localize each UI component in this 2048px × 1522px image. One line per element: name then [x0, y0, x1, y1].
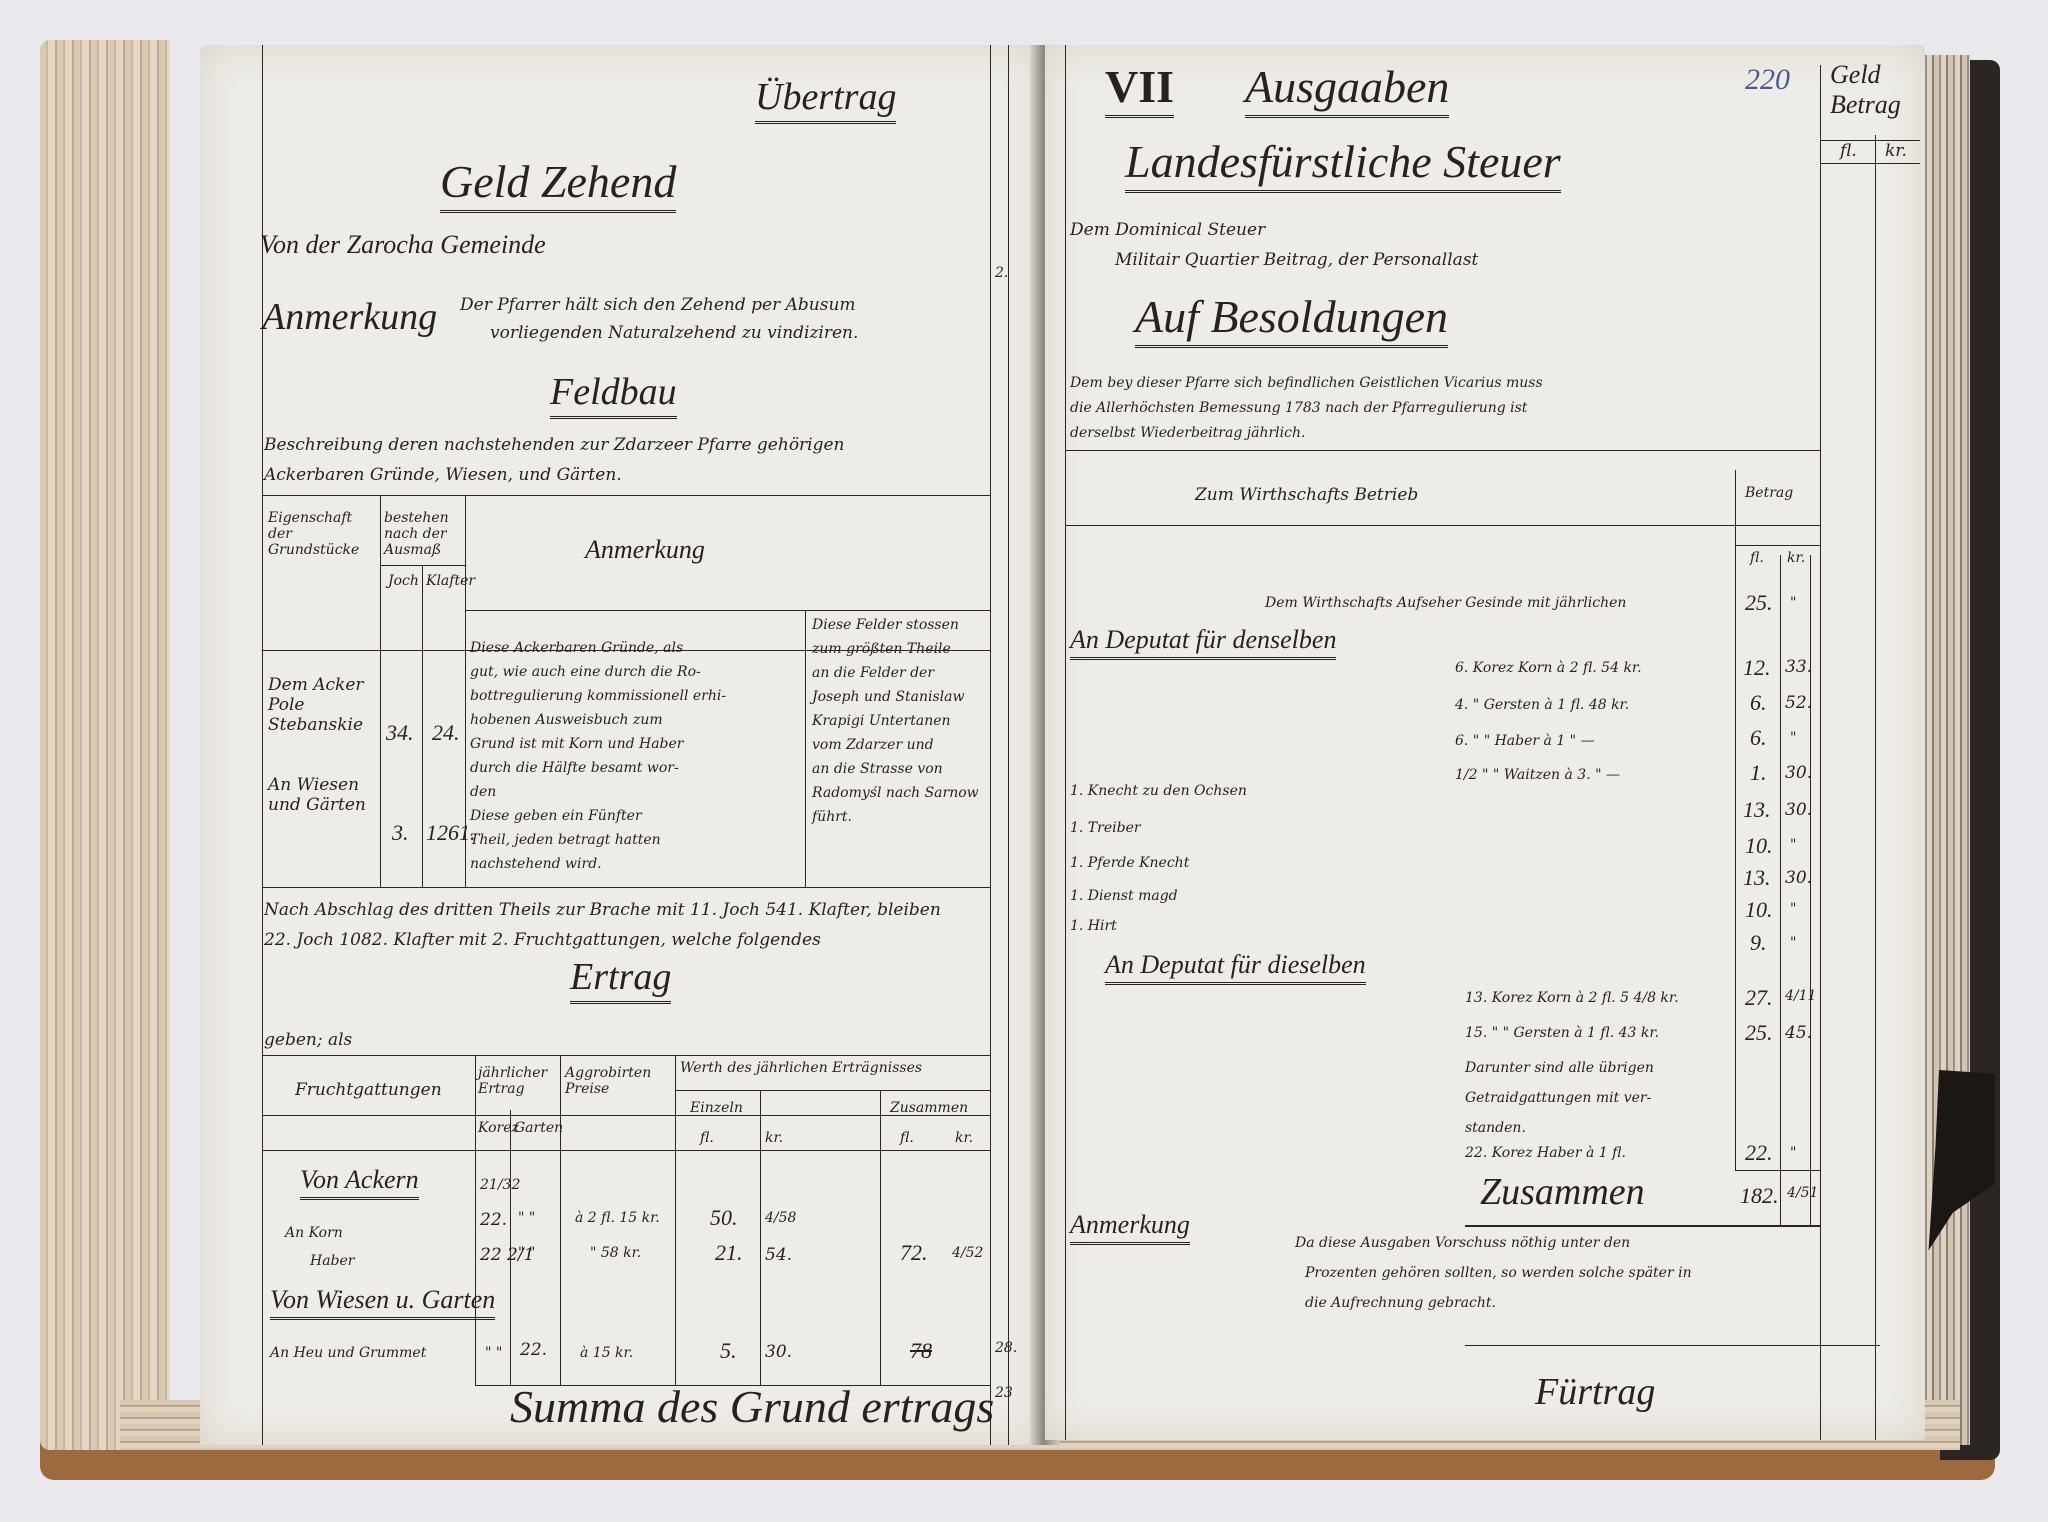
ubertrag-header: Übertrag — [755, 75, 896, 124]
ertrag-header-zusammen: Zusammen — [890, 1100, 968, 1116]
land-row-1-klafter: 24. — [432, 720, 460, 746]
wiesen-row-preis: à 15 kr. — [580, 1345, 633, 1361]
ertrag-header-fruchtgattungen: Fruchtgattungen — [295, 1080, 442, 1100]
betrieb-label: Zum Wirthschafts Betrieb — [1195, 485, 1418, 505]
ackern-row-korn-label: An Korn — [285, 1225, 343, 1241]
entry-9-label: 1. Hirt — [1070, 918, 1117, 934]
group-von-ackern: Von Ackern — [300, 1165, 419, 1200]
entry-8-label: 1. Dienst magd — [1070, 888, 1178, 904]
wiesen-row-label: An Heu und Grummet — [270, 1345, 426, 1361]
unit-fl-zusammen: fl. — [900, 1130, 914, 1146]
entry-1-label: 6. Korez Korn à 2 fl. 54 kr. — [1455, 660, 1642, 676]
entry-6-label: 1. Treiber — [1070, 820, 1141, 836]
betrag-unit-fl: fl. — [1750, 550, 1764, 566]
deputat-title-1: An Deputat für denselben — [1070, 625, 1336, 660]
land-side-note: Diese Felder stossen zum größten Theile … — [812, 617, 987, 825]
land-row-1-label: Dem Acker Pole Stebanskie — [268, 675, 378, 735]
wiesen-zusammen-fl: 78 — [910, 1338, 932, 1364]
deputat-title-2: An Deputat für dieselben — [1105, 950, 1366, 985]
deputat-entry-5-label: 22. Korez Haber à 1 fl. — [1465, 1145, 1626, 1161]
feldbau-desc-2: Ackerbaren Gründe, Wiesen, und Gärten. — [264, 465, 622, 485]
ackern-row-haber-fl: 21. — [715, 1240, 743, 1266]
unit-kr-einzeln: kr. — [765, 1130, 783, 1146]
land-row-2-klafter: 1261. — [426, 820, 476, 846]
entry-3-kr: " — [1790, 730, 1796, 746]
entry-7-fl: 13. — [1743, 865, 1771, 891]
entry-7-label: 1. Pferde Knecht — [1070, 855, 1189, 871]
deputat-entry-5-fl: 22. — [1745, 1140, 1773, 1166]
ausgaaben-header: Ausgaaben — [1245, 60, 1449, 118]
entry-3-label: 6. " " Haber à 1 " — — [1455, 733, 1595, 749]
ertrag-header-preise: Aggrobirten Preise — [565, 1065, 670, 1097]
ackern-row-korn-garten: " " — [518, 1210, 535, 1226]
geld-betrag-label: Geld Betrag — [1830, 60, 1910, 120]
anmerkung-line-2: vorliegenden Naturalzehend zu vindiziren… — [490, 323, 858, 343]
zusammen-kr: 4/51 — [1787, 1185, 1818, 1201]
entry-9-kr: " — [1790, 935, 1796, 951]
entry-9-fl: 9. — [1750, 930, 1767, 956]
entry-0-label: Dem Wirthschafts Aufseher Gesinde mit jä… — [1265, 595, 1626, 611]
right-page: VII Ausgaaben 220 Geld Betrag fl. kr. La… — [1045, 45, 1925, 1440]
entry-4-fl: 1. — [1750, 760, 1767, 786]
geld-column-rule — [1820, 65, 1821, 1440]
steuer-title: Landesfürstliche Steuer — [1125, 135, 1561, 193]
besoldungen-line-2: die Allerhöchsten Bemessung 1783 nach de… — [1070, 400, 1527, 416]
entry-8-kr: " — [1790, 901, 1796, 917]
ertrag-header-korez: Korez — [478, 1120, 519, 1136]
ackern-row-haber-garten: " " — [518, 1245, 535, 1261]
besoldungen-line-3: derselbst Wiederbeitrag jährlich. — [1070, 425, 1305, 441]
entry-0-kr: " — [1790, 595, 1796, 611]
feldbau-title: Feldbau — [550, 370, 677, 419]
ertrag-header-jaehrlicher: jährlicher Ertrag — [478, 1065, 558, 1097]
ackern-zusammen-kr: 4/52 — [952, 1245, 983, 1261]
geld-unit-fl: fl. — [1840, 141, 1857, 161]
entry-6-fl: 10. — [1745, 833, 1773, 859]
deputat-entry-0-fl: 27. — [1745, 985, 1773, 1011]
deputat-entry-1-fl: 25. — [1745, 1020, 1773, 1046]
anmerkung-line-1: Der Pfarrer hält sich den Zehend per Abu… — [460, 295, 856, 315]
ertrag-header-einzeln: Einzeln — [690, 1100, 743, 1116]
wiesen-row-kr: 30. — [765, 1342, 792, 1362]
betrag-column-right — [1810, 555, 1811, 1225]
ackern-row-korn-kr: 4/58 — [765, 1210, 796, 1226]
entry-3-fl: 6. — [1750, 725, 1767, 751]
ertrag-header-garten: Garten — [514, 1120, 563, 1136]
land-header-klafter: Klafter — [426, 573, 475, 589]
entry-6-kr: " — [1790, 837, 1796, 853]
zusammen-fl: 182. — [1740, 1183, 1779, 1209]
entry-2-kr: 52. — [1785, 693, 1812, 713]
margin-value-2: 28. — [995, 1340, 1017, 1356]
deputat-entry-5-kr: " — [1790, 1145, 1796, 1161]
deputat-entry-1-kr: 45. — [1785, 1023, 1812, 1043]
entry-1-kr: 33. — [1785, 657, 1812, 677]
margin-value-1: 2. — [995, 265, 1008, 281]
wiesen-row-fl: 5. — [720, 1338, 737, 1364]
ackern-row-0-korez: 21/32 — [480, 1177, 520, 1193]
margin-rule-right-2 — [1008, 45, 1009, 1445]
land-row-2-joch: 3. — [392, 820, 409, 846]
entry-8-fl: 10. — [1745, 897, 1773, 923]
entry-0-fl: 25. — [1745, 590, 1773, 616]
deputat-entry-4-label: standen. — [1465, 1120, 1526, 1136]
deputat-entry-1-label: 15. " " Gersten à 1 fl. 43 kr. — [1465, 1025, 1659, 1041]
page-edges-right — [1920, 55, 1970, 1445]
deputat-entry-2-label: Darunter sind alle übrigen — [1465, 1060, 1654, 1076]
folio-number: 220 — [1745, 63, 1790, 97]
feldbau-desc-1: Beschreibung deren nachstehenden zur Zda… — [264, 435, 845, 455]
ertrag-intro: geben; als — [264, 1030, 352, 1050]
entry-1-fl: 12. — [1743, 655, 1771, 681]
section-number: VII — [1105, 60, 1174, 118]
geld-unit-kr: kr. — [1885, 141, 1907, 161]
entry-2-label: 4. " Gersten à 1 fl. 48 kr. — [1455, 697, 1629, 713]
page-edges-left — [40, 40, 170, 1450]
abzug-line-2: 22. Joch 1082. Klafter mit 2. Fruchtgatt… — [264, 930, 821, 950]
land-header-joch: Joch — [388, 573, 419, 589]
deputat-entry-0-kr: 4/11 — [1785, 988, 1816, 1004]
betrag-column-left — [1735, 470, 1736, 1170]
margin-rule-right — [990, 45, 991, 1445]
land-header-anmerkung: Anmerkung — [585, 535, 705, 565]
betrag-column-mid — [1780, 555, 1781, 1225]
entry-4-label: 1/2 " " Waitzen à 3. " — — [1455, 767, 1620, 783]
anmerkung-line-3: die Aufrechnung gebracht. — [1305, 1295, 1496, 1311]
betrag-unit-kr: kr. — [1787, 550, 1805, 566]
steuer-line-1: Dem Dominical Steuer — [1070, 220, 1265, 240]
ackern-row-korn-korez: 22. — [480, 1210, 507, 1230]
betrag-header: Betrag — [1745, 485, 1793, 501]
section-title: Geld Zehend — [440, 155, 676, 213]
left-page: Übertrag Geld Zehend Von der Zarocha Gem… — [200, 45, 1040, 1445]
summa-grundertrag: Summa des Grund ertrags — [510, 1380, 994, 1433]
zusammen-label: Zusammen — [1480, 1170, 1645, 1214]
wiesen-row-garten: 22. — [520, 1340, 547, 1360]
entry-7-kr: 30. — [1785, 868, 1812, 888]
entry-5-label: 1. Knecht zu den Ochsen — [1070, 783, 1247, 799]
anmerkung-label: Anmerkung — [1070, 1210, 1190, 1245]
group-von-wiesen: Von Wiesen u. Garten — [270, 1285, 495, 1320]
margin-value-3: 23 — [995, 1385, 1013, 1401]
subtitle: Von der Zarocha Gemeinde — [260, 230, 546, 260]
wiesen-row-korez: " " — [485, 1345, 502, 1361]
ackern-row-haber-kr: 54. — [765, 1245, 792, 1265]
ackern-row-haber-label: Haber — [310, 1253, 355, 1269]
besoldungen-title: Auf Besoldungen — [1135, 290, 1448, 348]
besoldungen-line-1: Dem bey dieser Pfarre sich befindlichen … — [1070, 375, 1543, 391]
entry-5-kr: 30. — [1785, 800, 1812, 820]
land-row-1-note: Diese Ackerbaren Gründe, als gut, wie au… — [470, 640, 800, 872]
anmerkung-label: Anmerkung — [262, 295, 437, 339]
anmerkung-line-2: Prozenten gehören sollten, so werden sol… — [1305, 1265, 1692, 1281]
deputat-entry-0-label: 13. Korez Korn à 2 fl. 5 4/8 kr. — [1465, 990, 1679, 1006]
steuer-line-2: Militair Quartier Beitrag, der Personall… — [1115, 250, 1478, 270]
land-row-2-label: An Wiesen und Gärten — [268, 775, 378, 815]
entry-4-kr: 30. — [1785, 763, 1812, 783]
entry-2-fl: 6. — [1750, 690, 1767, 716]
land-header-ausmass: bestehen nach der Ausmaß — [384, 510, 464, 558]
land-row-1-joch: 34. — [386, 720, 414, 746]
anmerkung-line-1: Da diese Ausgaben Vorschuss nöthig unter… — [1295, 1235, 1630, 1251]
land-header-eigenschaft: Eigenschaft der Grundstücke — [268, 510, 378, 558]
margin-rule-left — [1065, 45, 1066, 1440]
ertrag-title: Ertrag — [570, 955, 671, 1004]
ackern-row-korn-preis: à 2 fl. 15 kr. — [575, 1210, 660, 1226]
fuertrag-footer: Fürtrag — [1535, 1370, 1655, 1414]
ertrag-header-werth: Werth des jährlichen Erträgnisses — [680, 1060, 985, 1076]
entry-5-fl: 13. — [1743, 797, 1771, 823]
abzug-line-1: Nach Abschlag des dritten Theils zur Bra… — [264, 900, 941, 920]
geld-column-divider — [1875, 135, 1876, 1440]
ackern-row-haber-preis: " 58 kr. — [590, 1245, 641, 1261]
unit-kr-zusammen: kr. — [955, 1130, 973, 1146]
ackern-row-korn-fl: 50. — [710, 1205, 738, 1231]
ackern-zusammen-fl: 72. — [900, 1240, 928, 1266]
unit-fl-einzeln: fl. — [700, 1130, 714, 1146]
deputat-entry-3-label: Getraidgattungen mit ver- — [1465, 1090, 1651, 1106]
